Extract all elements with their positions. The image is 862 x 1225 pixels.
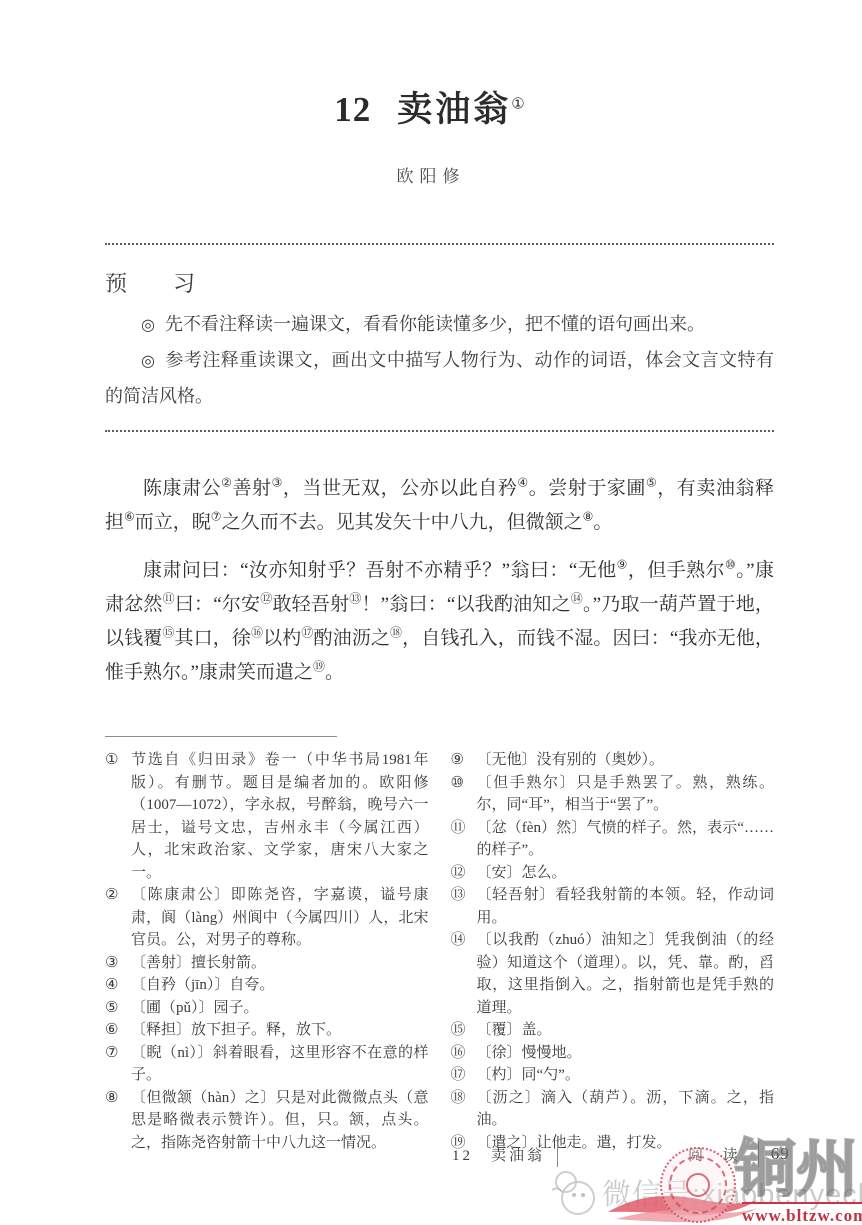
footnote-item: ⑦〔睨（nì）〕斜着眼看，这里形容不在意的样子。 bbox=[105, 1042, 429, 1087]
preview-item-list: ◎先不看注释读一遍课文，看看你能读懂多少，把不懂的语句画出来。◎参考注释重读课文… bbox=[105, 307, 774, 414]
footnote-text: 〔以我酌（zhuó）油知之〕凭我倒油（的经验）知道这个（道理）。以，凭、靠。酌，… bbox=[477, 929, 775, 1019]
preview-heading: 预 习 bbox=[105, 269, 774, 299]
footnote-item: ④〔自矜（jīn）〕自夸。 bbox=[105, 974, 429, 997]
footnote-item: ⑥〔释担〕放下担子。释，放下。 bbox=[105, 1019, 429, 1042]
note-reference: ⑫ bbox=[260, 592, 272, 606]
footnote-text: 〔忿（fèn）然〕气愤的样子。然，表示“……的样子”。 bbox=[477, 817, 775, 862]
footnote-number: ⑮ bbox=[451, 1019, 477, 1042]
textbook-page: 12卖油翁① 欧阳修 预 习 ◎先不看注释读一遍课文，看看你能读懂多少，把不懂的… bbox=[0, 0, 862, 1225]
note-reference: ⑱ bbox=[390, 626, 402, 640]
preview-item: ◎先不看注释读一遍课文，看看你能读懂多少，把不懂的语句画出来。 bbox=[105, 307, 774, 343]
footnote-text: 〔覆〕盖。 bbox=[477, 1019, 775, 1042]
footnote-number: ⑫ bbox=[451, 862, 477, 885]
footnote-text: 〔徐〕慢慢地。 bbox=[477, 1042, 775, 1065]
footnote-separator-rule bbox=[105, 736, 337, 737]
note-reference: ⑥ bbox=[124, 510, 135, 524]
footnote-text: 节选自《归田录》卷一（中华书局1981年版）。有删节。题目是编者加的。欧阳修（1… bbox=[131, 749, 429, 884]
lesson-body-text: 陈康肃公②善射③，当世无双，公亦以此自矜④。尝射于家圃⑤，有卖油翁释担⑥而立，睨… bbox=[105, 472, 774, 690]
footnote-item: ⑧〔但微颔（hàn）之〕只是对此微微点头（意思是略微表示赞许）。但，只。颔，点头… bbox=[105, 1087, 429, 1155]
footnote-text: 〔沥之〕滴入（葫芦）。沥，下滴。之，指油。 bbox=[477, 1087, 775, 1132]
title-note-ref: ① bbox=[511, 96, 527, 112]
preview-item: ◎参考注释重读课文，画出文中描写人物行为、动作的词语，体会文言文特有的简洁风格。 bbox=[105, 343, 774, 414]
note-reference: ⑨ bbox=[617, 558, 628, 572]
footnote-item: ⑰〔杓〕同“勺”。 bbox=[451, 1064, 775, 1087]
note-reference: ⑭ bbox=[571, 592, 583, 606]
footnote-text: 〔善射〕擅长射箭。 bbox=[131, 952, 429, 975]
footnote-number: ⑩ bbox=[451, 772, 477, 817]
note-reference: ④ bbox=[517, 476, 528, 490]
content-column: 预 习 ◎先不看注释读一遍课文，看看你能读懂多少，把不懂的语句画出来。◎参考注释… bbox=[105, 243, 774, 1154]
footnote-text: 〔释担〕放下担子。释，放下。 bbox=[131, 1019, 429, 1042]
note-reference: ⑤ bbox=[646, 476, 657, 490]
footnote-text: 〔但手熟尔〕只是手熟罢了。熟，熟练。尔，同“耳”，相当于“罢了”。 bbox=[477, 772, 775, 817]
lesson-title: 卖油翁 bbox=[397, 90, 511, 129]
dotted-divider-top bbox=[105, 243, 774, 245]
body-paragraph: 康肃问曰：“汝亦知射乎？吾射不亦精乎？”翁曰：“无他⑨，但手熟尔⑩。”康肃忿然⑪… bbox=[105, 554, 774, 690]
lesson-number: 12 bbox=[334, 90, 371, 129]
note-reference: ⑦ bbox=[211, 510, 222, 524]
footnote-text: 〔无他〕没有别的（奥妙）。 bbox=[477, 749, 775, 772]
note-reference: ⑯ bbox=[251, 626, 263, 640]
footnote-item: ⑭〔以我酌（zhuó）油知之〕凭我倒油（的经验）知道这个（道理）。以，凭、靠。酌… bbox=[451, 929, 775, 1019]
footnote-item: ⑨〔无他〕没有别的（奥妙）。 bbox=[451, 749, 775, 772]
note-reference: ⑮ bbox=[162, 626, 174, 640]
footnote-item: ⑤〔圃（pǔ）〕园子。 bbox=[105, 997, 429, 1020]
site-watermark-logo-text: 铜州网 bbox=[734, 1139, 862, 1201]
footnote-text: 〔杓〕同“勺”。 bbox=[477, 1064, 775, 1087]
footnote-number: ⑨ bbox=[451, 749, 477, 772]
footnote-item: ③〔善射〕擅长射箭。 bbox=[105, 952, 429, 975]
footnote-area: ①节选自《归田录》卷一（中华书局1981年版）。有删节。题目是编者加的。欧阳修（… bbox=[105, 749, 774, 1154]
body-paragraph: 陈康肃公②善射③，当世无双，公亦以此自矜④。尝射于家圃⑤，有卖油翁释担⑥而立，睨… bbox=[105, 472, 774, 540]
footnote-item: ⑯〔徐〕慢慢地。 bbox=[451, 1042, 775, 1065]
footnote-item: ⑩〔但手熟尔〕只是手熟罢了。熟，熟练。尔，同“耳”，相当于“罢了”。 bbox=[451, 772, 775, 817]
dotted-divider-bottom bbox=[105, 430, 774, 432]
footnote-number: ③ bbox=[105, 952, 131, 975]
footnote-text: 〔陈康肃公〕即陈尧咨，字嘉谟，谥号康肃，阆（làng）州阆中（今属四川）人，北宋… bbox=[131, 884, 429, 952]
footnote-number: ④ bbox=[105, 974, 131, 997]
note-reference: ⑬ bbox=[349, 592, 361, 606]
footnote-number: ⑤ bbox=[105, 997, 131, 1020]
note-reference: ⑰ bbox=[301, 626, 313, 640]
note-reference: ⑪ bbox=[163, 592, 175, 606]
footnote-number: ⑯ bbox=[451, 1042, 477, 1065]
footnote-item: ②〔陈康肃公〕即陈尧咨，字嘉谟，谥号康肃，阆（làng）州阆中（今属四川）人，北… bbox=[105, 884, 429, 952]
bullet-icon: ◎ bbox=[141, 353, 155, 370]
note-reference: ② bbox=[221, 476, 232, 490]
red-seal-stamp-icon bbox=[660, 1147, 736, 1223]
site-watermark-url: www.bltzw.com bbox=[742, 1202, 862, 1225]
footnote-column-left: ①节选自《归田录》卷一（中华书局1981年版）。有删节。题目是编者加的。欧阳修（… bbox=[105, 749, 429, 1154]
footnote-number: ② bbox=[105, 884, 131, 952]
footnote-text: 〔轻吾射〕看轻我射箭的本领。轻，作动词用。 bbox=[477, 884, 775, 929]
note-reference: ⑧ bbox=[583, 510, 594, 524]
page-title: 12卖油翁① bbox=[0, 86, 862, 134]
bullet-icon: ◎ bbox=[141, 317, 155, 334]
footnote-number: ⑦ bbox=[105, 1042, 131, 1087]
footnote-item: ⑮〔覆〕盖。 bbox=[451, 1019, 775, 1042]
footnote-number: ⑥ bbox=[105, 1019, 131, 1042]
note-reference: ③ bbox=[272, 476, 283, 490]
footnote-number: ⑪ bbox=[451, 817, 477, 862]
footer-divider-bar bbox=[557, 1141, 558, 1167]
footnote-text: 〔但微颔（hàn）之〕只是对此微微点头（意思是略微表示赞许）。但，只。颔，点头。… bbox=[131, 1087, 429, 1155]
footnote-item: ⑬〔轻吾射〕看轻我射箭的本领。轻，作动词用。 bbox=[451, 884, 775, 929]
seal-core-circle bbox=[686, 1173, 710, 1197]
note-reference: ⑲ bbox=[313, 660, 325, 674]
footnote-number: ⑰ bbox=[451, 1064, 477, 1087]
footnote-text: 〔圃（pǔ）〕园子。 bbox=[131, 997, 429, 1020]
footnote-text: 〔安〕怎么。 bbox=[477, 862, 775, 885]
footnote-number: ① bbox=[105, 749, 131, 884]
footnote-item: ⑫〔安〕怎么。 bbox=[451, 862, 775, 885]
footnote-number: ⑱ bbox=[451, 1087, 477, 1132]
footnote-item: ①节选自《归田录》卷一（中华书局1981年版）。有删节。题目是编者加的。欧阳修（… bbox=[105, 749, 429, 884]
author-name: 欧阳修 bbox=[0, 162, 862, 187]
footnote-item: ⑪〔忿（fèn）然〕气愤的样子。然，表示“……的样子”。 bbox=[451, 817, 775, 862]
footnote-item: ⑱〔沥之〕滴入（葫芦）。沥，下滴。之，指油。 bbox=[451, 1087, 775, 1132]
footnote-number: ⑧ bbox=[105, 1087, 131, 1155]
note-reference: ⑩ bbox=[725, 558, 736, 572]
footnote-text: 〔睨（nì）〕斜着眼看，这里形容不在意的样子。 bbox=[131, 1042, 429, 1087]
footnote-column-right: ⑨〔无他〕没有别的（奥妙）。⑩〔但手熟尔〕只是手熟罢了。熟，熟练。尔，同“耳”，… bbox=[451, 749, 775, 1154]
footnote-number: ⑭ bbox=[451, 929, 477, 1019]
footnote-number: ⑬ bbox=[451, 884, 477, 929]
footnote-text: 〔自矜（jīn）〕自夸。 bbox=[131, 974, 429, 997]
footer-lesson-label: 12 卖油翁 bbox=[452, 1144, 545, 1165]
bird-mascot-icon bbox=[548, 1168, 602, 1223]
